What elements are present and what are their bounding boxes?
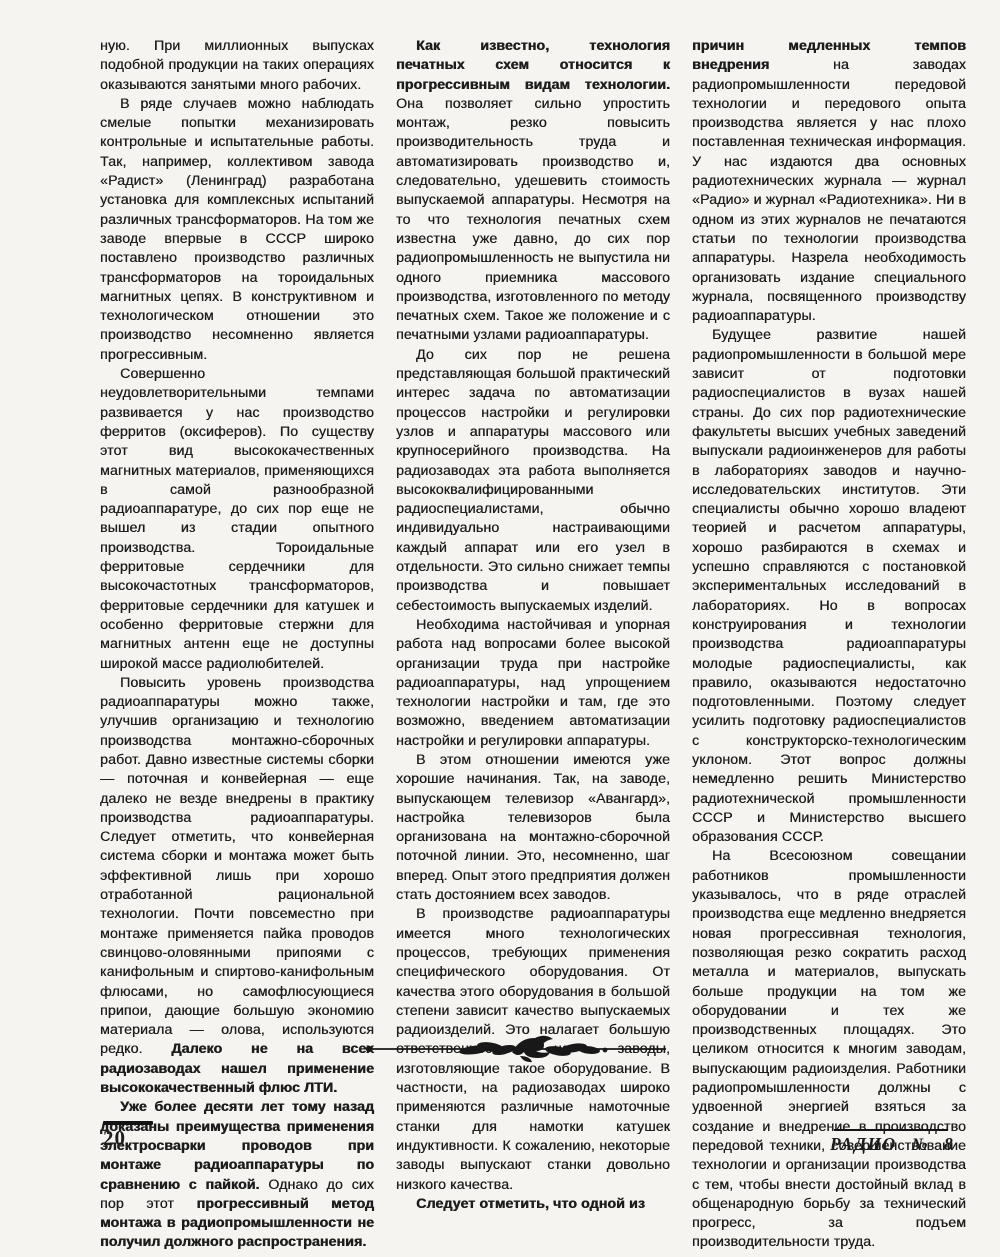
page-number: 20 (103, 1126, 183, 1150)
article-column-3: причин медленных темпов внедрения на зав… (692, 37, 966, 1253)
page-number-block: 20 (103, 1121, 183, 1150)
journal-footer-block: РАДИО № 8 (830, 1129, 948, 1154)
paragraph: Совершенно неудовлетворительными темпами… (100, 365, 374, 674)
paragraph: причин медленных темпов внедрения на зав… (692, 37, 966, 326)
paragraph: Как известно, технология печатных схем о… (396, 37, 670, 346)
paragraph: До сих пор не решена представляющая боль… (396, 346, 670, 616)
paragraph: Необходима настойчивая и упорная работа … (396, 616, 670, 751)
floral-divider-icon (362, 1028, 672, 1068)
paragraph: ную. При миллионных выпусках подобной пр… (100, 37, 374, 95)
article-column-2: Как известно, технология печатных схем о… (396, 37, 670, 1253)
paragraph: Будущее развитие нашей радиопромышленнос… (692, 326, 966, 847)
article-column-1: ную. При миллионных выпусках подобной пр… (100, 37, 374, 1253)
paragraph: На Всесоюзном совещании работников промы… (692, 847, 966, 1252)
magazine-page: ную. При миллионных выпусках подобной пр… (0, 0, 1000, 1257)
footer-rule-right (834, 1129, 948, 1131)
paragraph: Повысить уровень производства радиоаппар… (100, 674, 374, 1099)
paragraph: В ряде случаев можно наблюдать смелые по… (100, 95, 374, 365)
article-columns: ную. При миллионных выпусках подобной пр… (100, 37, 966, 1253)
journal-title: РАДИО № 8 (830, 1134, 948, 1154)
footer-rule-left (103, 1121, 153, 1125)
paragraph: Следует отметить, что одной из (396, 1195, 670, 1214)
paragraph: В этом отношении имеются уже хорошие нач… (396, 751, 670, 905)
